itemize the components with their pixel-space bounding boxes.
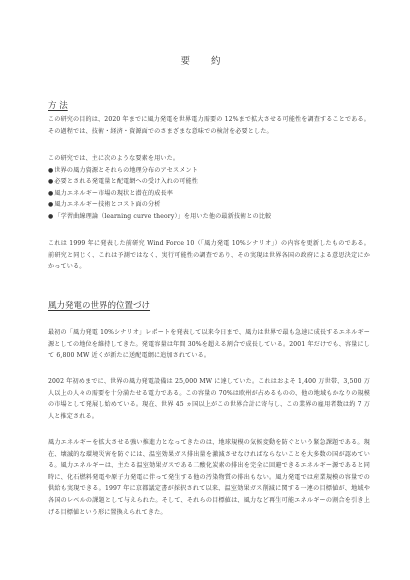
bullet-item: ●世界の風力資源とそれらの地理分布のアセスメント bbox=[48, 165, 370, 177]
bullet-icon: ● bbox=[48, 201, 53, 208]
elements-bullet-list: ●世界の風力資源とそれらの地理分布のアセスメント ●必要とされる発電量と配電網へ… bbox=[48, 165, 370, 223]
bullet-item: ●「学習曲線理論（learning curve theory）」を用いた他の最新… bbox=[48, 211, 370, 223]
elements-list-block: この研究では、主に次のような要素を用いた。 ●世界の風力資源とそれらの地理分布の… bbox=[48, 153, 370, 223]
bullet-item: ●必要とされる発電量と配電網への受け入れの可能性 bbox=[48, 176, 370, 188]
paragraph-growth: 最初の「風力発電 10%シナリオ」レポートを発表して以来今日まで、風力は世界で最… bbox=[48, 327, 370, 362]
section-global-position: 風力発電の世界的位置づけ bbox=[48, 301, 370, 314]
page-title: 要 約 bbox=[0, 53, 410, 67]
paragraph-climate: 風力エネルギーを拡大させる強い推進力となってきたのは、地球規模の気候変動を防ぐと… bbox=[48, 437, 370, 518]
paragraph-update-note: これは 1999 年に発表した前研究 Wind Force 10（「風力発電 1… bbox=[48, 238, 370, 273]
document-page: 要 約 方 法 この研究の目的は、2020 年までに風力発電を世界電力需要の 1… bbox=[0, 0, 410, 580]
bullet-icon: ● bbox=[48, 178, 53, 185]
section-heading-global-position: 風力発電の世界的位置づけ bbox=[48, 301, 370, 312]
bullet-item: ●風力エネルギー技術とコスト面の分析 bbox=[48, 199, 370, 211]
paragraph-block-climate: 風力エネルギーを拡大させる強い推進力となってきたのは、地球規模の気候変動を防ぐと… bbox=[48, 437, 370, 518]
closing-block: これは 1999 年に発表した前研究 Wind Force 10（「風力発電 1… bbox=[48, 238, 370, 273]
paragraph-purpose: この研究の目的は、2020 年までに風力発電を世界電力需要の 12%まで拡大させ… bbox=[48, 114, 370, 137]
paragraph-elements-intro: この研究では、主に次のような要素を用いた。 bbox=[48, 153, 370, 165]
paragraph-block-capacity: 2002 年初めまでに、世界の風力発電設備は 25,000 MW に達していた。… bbox=[48, 376, 370, 422]
section-methods: 方 法 この研究の目的は、2020 年までに風力発電を世界電力需要の 12%まで… bbox=[48, 101, 370, 137]
paragraph-block-growth: 最初の「風力発電 10%シナリオ」レポートを発表して以来今日まで、風力は世界で最… bbox=[48, 327, 370, 362]
section-heading-methods: 方 法 bbox=[48, 101, 370, 112]
bullet-icon: ● bbox=[48, 167, 53, 174]
bullet-icon: ● bbox=[48, 213, 53, 220]
paragraph-capacity: 2002 年初めまでに、世界の風力発電設備は 25,000 MW に達していた。… bbox=[48, 376, 370, 422]
bullet-item: ●風力エネルギー市場の現状と潜在的成長率 bbox=[48, 188, 370, 200]
bullet-icon: ● bbox=[48, 190, 53, 197]
